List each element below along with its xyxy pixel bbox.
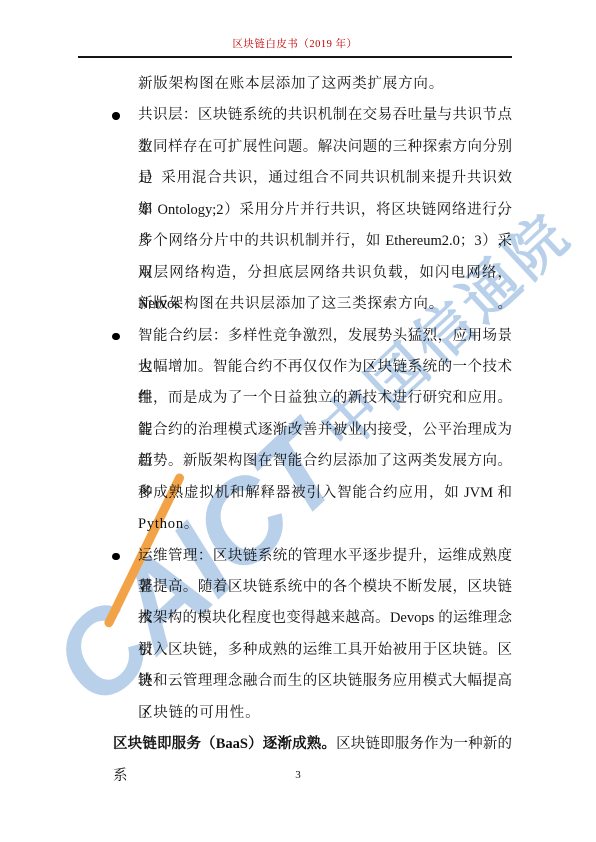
bullet-line-text: 区块链的可用性。 [85,698,512,729]
bullet-line-text: 趋势。新版架构图在智能合约层添加了这两类发展方向。多 [85,446,512,477]
bullet-line-text: 大幅增加。智能合约不再仅仅作为区块链系统的一个技术组 [85,352,512,383]
page-number: 3 [0,769,596,781]
bullet-line-text: 术架构的模块化程度也变得越来越高。Devops 的运维理念被 [85,603,512,634]
bullet-line-text: 引入区块链，多种成熟的运维工具开始被用于区块链。区块 [85,635,512,666]
bullet-item-smart-contract-line: 智能合约层：多样性竞争激烈，发展势头猛烈，应用场景也 [85,321,512,352]
closing-bold-text: 区块链即服务（BaaS）逐渐成熟。 [113,736,336,752]
intro-paragraph-line: 新版架构图在账本层添加了这两类扩展方向。 [85,69,512,100]
bullet-line-text: 链和云管理理念融合而生的区块链服务应用模式大幅提高了 [85,666,512,697]
bullet-icon [112,553,120,561]
closing-paragraph-line: 区块链即服务（BaaS）逐渐成熟。区块链即服务作为一种新的系 [85,729,512,760]
document-body: 新版架构图在账本层添加了这两类扩展方向。 共识层：区块链系统的共识机制在交易吞吐… [85,69,512,761]
bullet-icon [112,112,120,120]
bullet-line-text: 多个网络分片中的共识机制并行，如 Ethereum2.0；3）采用 [85,226,512,257]
document-page: 区块链白皮书（2019 年） CAICT 中国信通院 新版架构图在账本层添加了这… [0,0,596,842]
bullet-icon [112,333,120,341]
bullet-line-text: 新版架构图在共识层添加了这三类探索方向。 [85,289,512,320]
bullet-line-text: 1）采用混合共识，通过组合不同共识机制来提升共识效率， [85,163,512,194]
bullet-line-text: 上同样存在可扩展性问题。解决问题的三种探索方向分别是： [85,132,512,163]
bullet-line-text: 双层网络构造，分担底层网络共识负载，如闪电网络，Nervos。 [85,258,512,289]
bullet-line-text: 能合约的治理模式逐渐改善并被业内接受，公平治理成为新 [85,415,512,446]
bullet-item-operations-line: 运维管理：区块链系统的管理水平逐步提升，运维成熟度显 [85,541,512,572]
bullet-line-text: 种成熟虚拟机和解释器被引入智能合约应用，如 JVM 和 [85,478,512,509]
bullet-line-text: 如 Ontology;2）采用分片并行共识，将区块链网络进行分片， [85,195,512,226]
bullet-item-consensus-line: 共识层：区块链系统的共识机制在交易吞吐量与共识节点数 [85,100,512,131]
bullet-line-text: 件，而是成为了一个日益独立的新技术进行研究和应用。智 [85,383,512,414]
page-header-title: 区块链白皮书（2019 年） [78,36,512,58]
bullet-line-text: 著提高。随着区块链系统中的各个模块不断发展，区块链技 [85,572,512,603]
bullet-line-text: Python。 [85,509,512,540]
